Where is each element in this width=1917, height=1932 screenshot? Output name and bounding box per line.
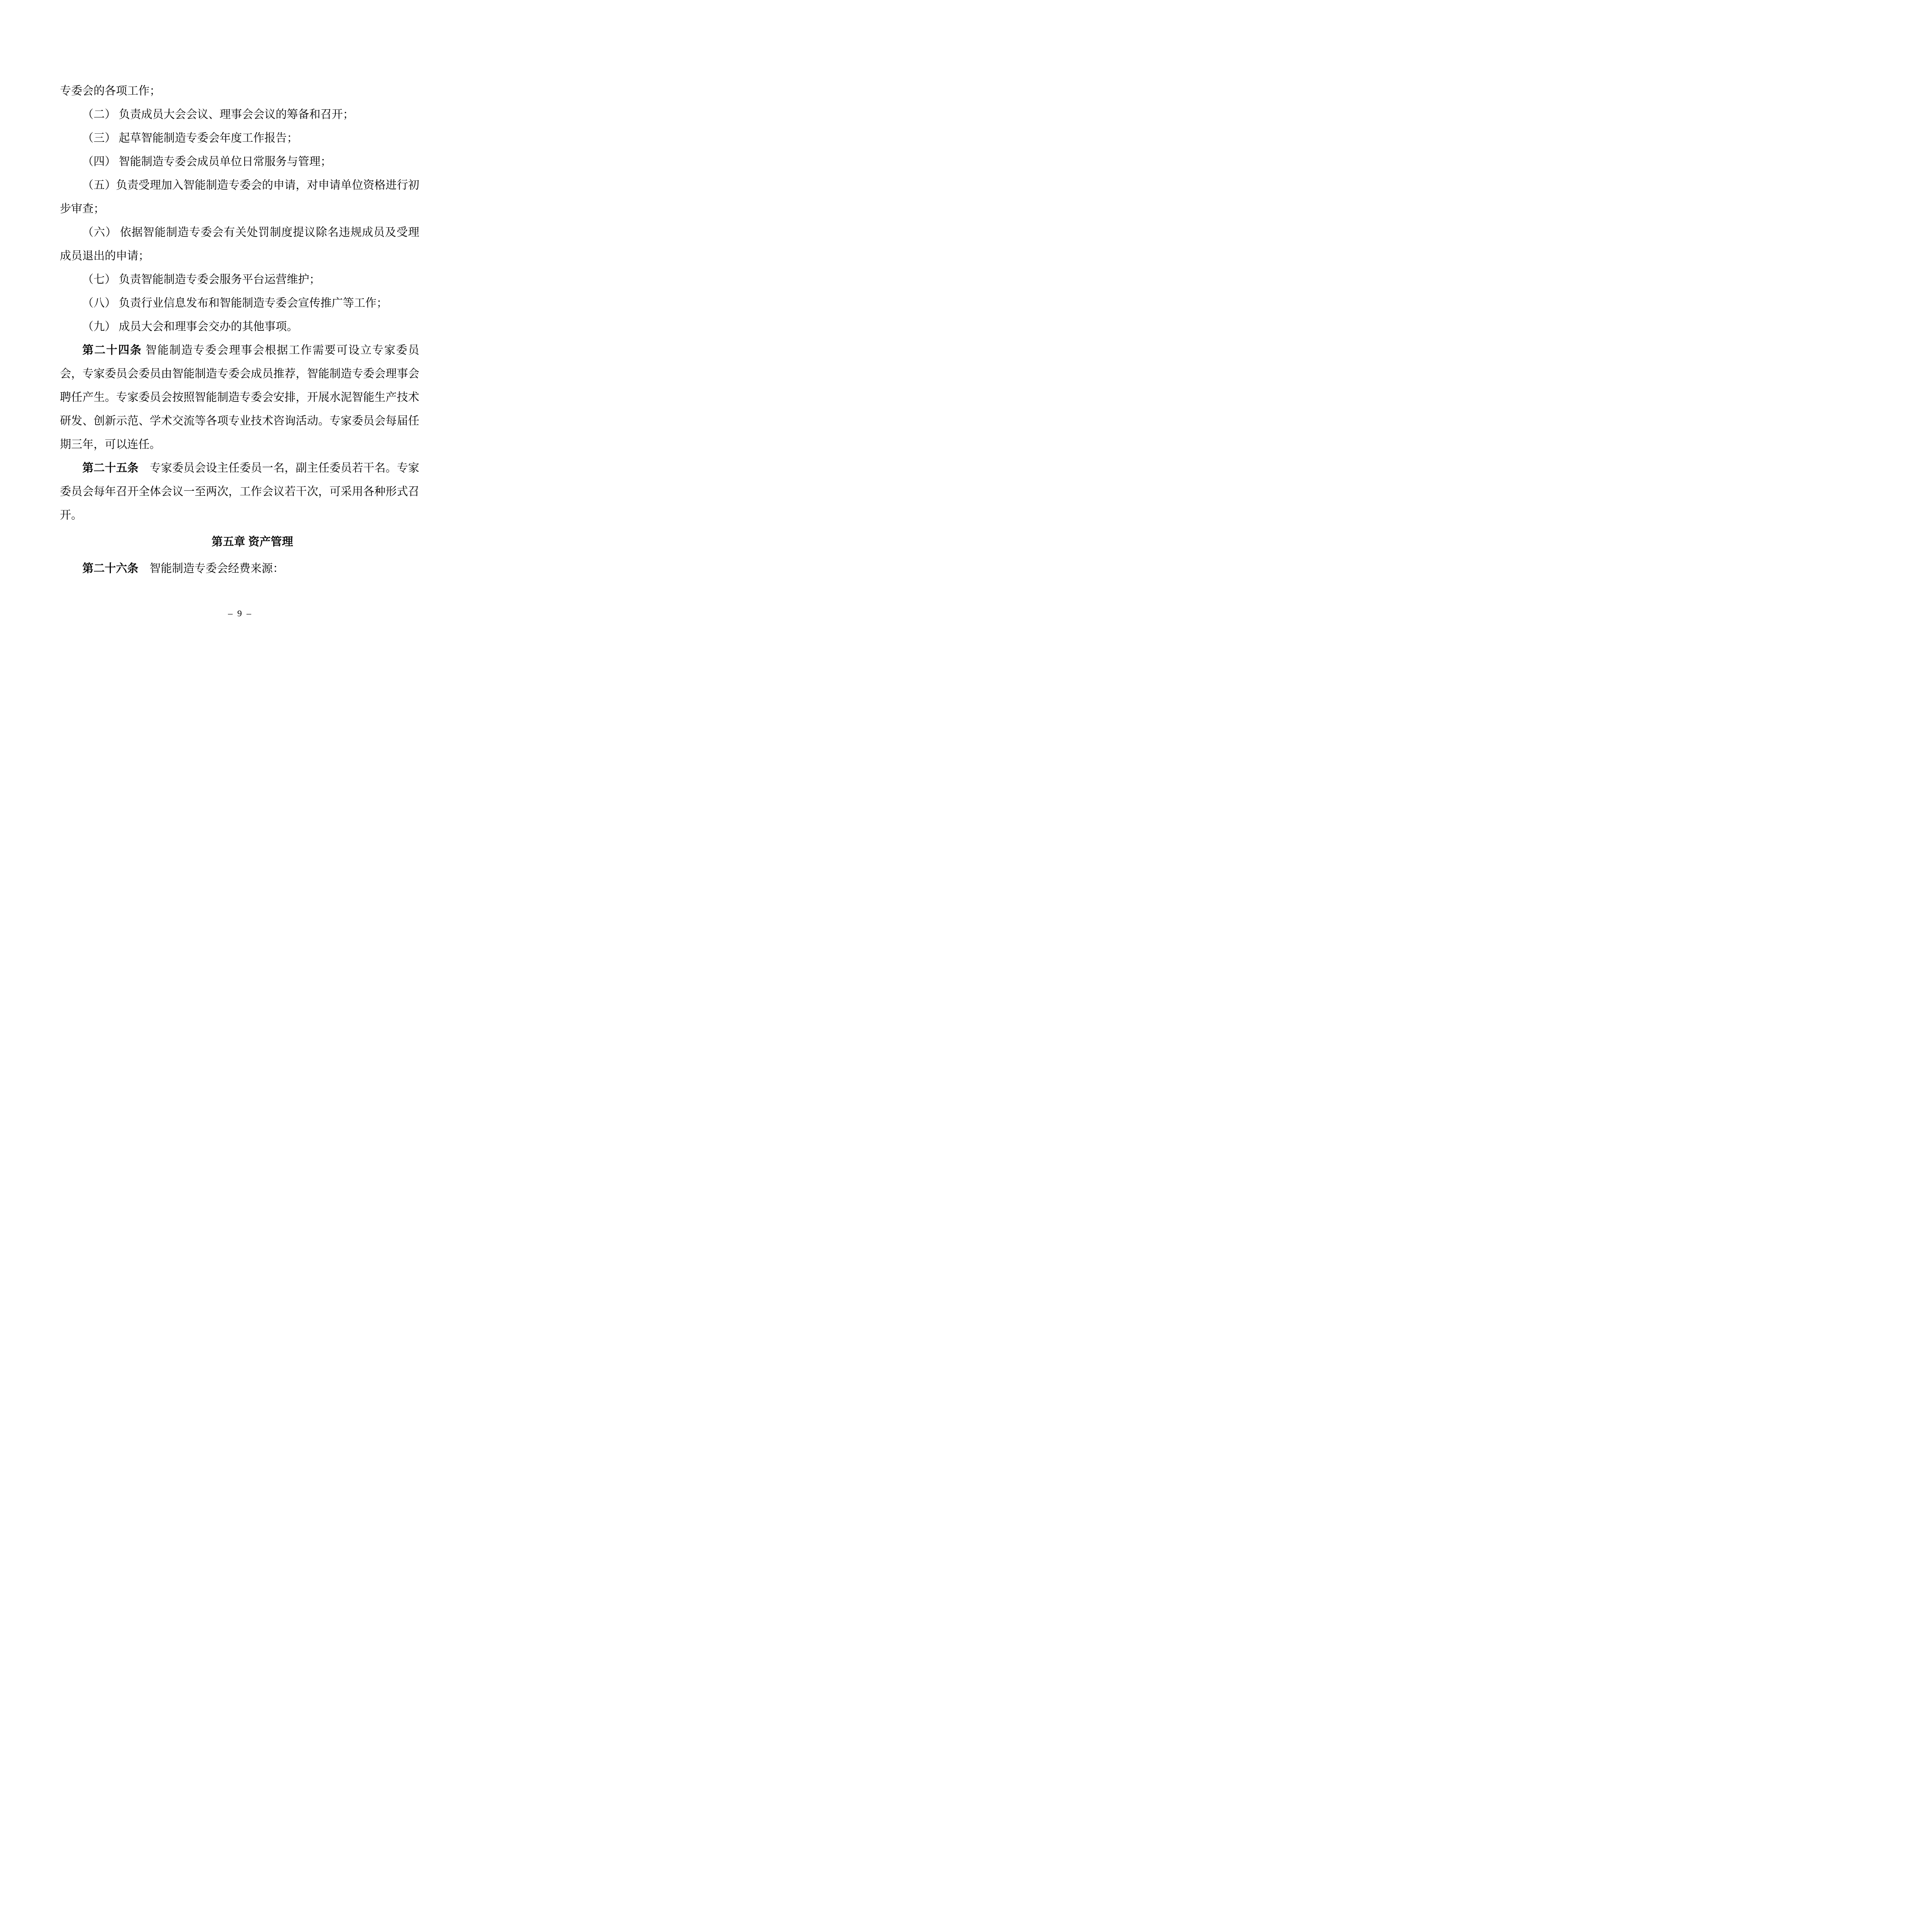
chapter-heading: 第五章 资产管理 (60, 531, 419, 554)
document-body: 专委会的各项工作； （二） 负责成员大会会议、理事会会议的筹备和召开； （三） … (60, 0, 419, 581)
document-page: 专委会的各项工作； （二） 负责成员大会会议、理事会会议的筹备和召开； （三） … (0, 0, 479, 678)
list-item-3: （三） 起草智能制造专委会年度工作报告； (60, 127, 419, 150)
article-26: 第二十六条 智能制造专委会经费来源： (60, 557, 419, 581)
list-item-4: （四） 智能制造专委会成员单位日常服务与管理； (60, 150, 419, 174)
article-24-number: 第二十四条 (82, 344, 142, 357)
article-25-number: 第二十五条 (82, 462, 138, 474)
article-24: 第二十四条 智能制造专委会理事会根据工作需要可设立专家委员会，专家委员会委员由智… (60, 339, 419, 457)
article-26-number: 第二十六条 (82, 563, 138, 575)
list-item-6: （六） 依据智能制造专委会有关处罚制度提议除名违规成员及受理成员退出的申请； (60, 221, 419, 268)
list-item-9: （九） 成员大会和理事会交办的其他事项。 (60, 315, 419, 339)
list-item-8: （八） 负责行业信息发布和智能制造专委会宣传推广等工作； (60, 292, 419, 315)
article-26-text: 智能制造专委会经费来源： (138, 563, 284, 575)
list-item-7: （七） 负责智能制造专委会服务平台运营维护； (60, 268, 419, 292)
list-item-2: （二） 负责成员大会会议、理事会会议的筹备和召开； (60, 103, 419, 127)
article-24-text: 智能制造专委会理事会根据工作需要可设立专家委员会，专家委员会委员由智能制造专委会… (60, 344, 419, 451)
list-item-5: （五）负责受理加入智能制造专委会的申请，对申请单位资格进行初步审查； (60, 174, 419, 221)
paragraph-continuation: 专委会的各项工作； (60, 80, 419, 103)
article-25: 第二十五条 专家委员会设主任委员一名，副主任委员若干名。专家委员会每年召开全体会… (60, 457, 419, 527)
page-number: – 9 – (0, 608, 479, 619)
